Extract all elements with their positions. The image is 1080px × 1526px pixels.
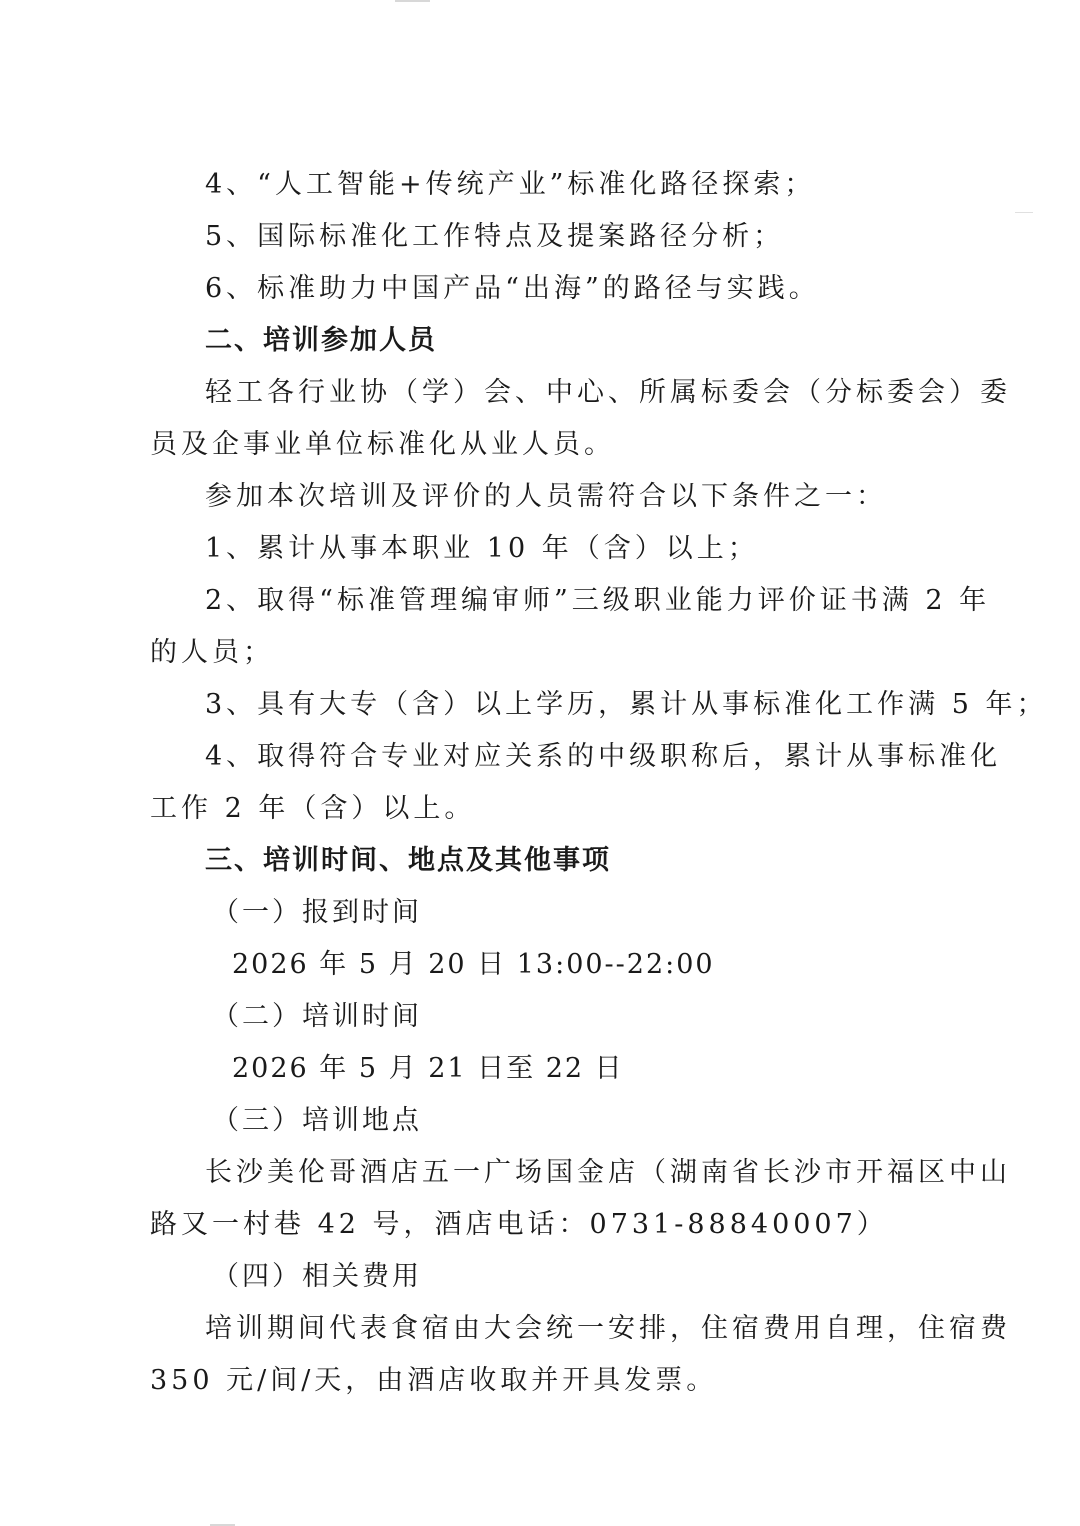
subsection-training-location: （三）培训地点 bbox=[212, 1104, 422, 1138]
document-page: 4、“人工智能+传统产业”标准化路径探索； 5、国际标准化工作特点及提案路径分析… bbox=[0, 0, 1080, 1526]
location-line-1: 长沙美伦哥酒店五一广场国金店（湖南省长沙市开福区中山 bbox=[205, 1156, 930, 1190]
subsection-training-time: （二）培训时间 bbox=[212, 1000, 422, 1034]
participants-line-1: 轻工各行业协（学）会、中心、所属标委会（分标委会）委 bbox=[205, 376, 930, 410]
topic-item-6: 6、标准助力中国产品“出海”的路径与实践。 bbox=[205, 272, 820, 306]
condition-1: 1、累计从事本职业 10 年（含）以上； bbox=[205, 532, 759, 566]
condition-4-line-1: 4、取得符合专业对应关系的中级职称后，累计从事标准化 bbox=[205, 740, 930, 774]
fees-line-2: 350 元/间/天，由酒店收取并开具发票。 bbox=[150, 1364, 717, 1398]
condition-2-line-2: 的人员； bbox=[150, 636, 274, 670]
fees-line-1: 培训期间代表食宿由大会统一安排，住宿费用自理，住宿费 bbox=[205, 1312, 930, 1346]
conditions-intro: 参加本次培训及评价的人员需符合以下条件之一： bbox=[205, 480, 887, 514]
subsection-registration-time: （一）报到时间 bbox=[212, 896, 422, 930]
condition-4-line-2: 工作 2 年（含）以上。 bbox=[150, 792, 475, 826]
topic-item-4: 4、“人工智能+传统产业”标准化路径探索； bbox=[205, 168, 815, 202]
registration-time-value: 2026 年 5 月 20 日 13:00--22:00 bbox=[232, 948, 715, 982]
section-2-heading: 二、培训参加人员 bbox=[205, 324, 437, 358]
condition-2-line-1: 2、取得“标准管理编审师”三级职业能力评价证书满 2 年 bbox=[205, 584, 930, 618]
location-line-2: 路又一村巷 42 号，酒店电话：0731-88840007） bbox=[150, 1208, 888, 1242]
condition-3: 3、具有大专（含）以上学历，累计从事标准化工作满 5 年； bbox=[205, 688, 1048, 722]
section-3-heading: 三、培训时间、地点及其他事项 bbox=[205, 844, 611, 878]
scan-mark bbox=[395, 0, 430, 2]
participants-line-2: 员及企事业单位标准化从业人员。 bbox=[150, 428, 615, 462]
topic-item-5: 5、国际标准化工作特点及提案路径分析； bbox=[205, 220, 784, 254]
training-time-value: 2026 年 5 月 21 日至 22 日 bbox=[232, 1052, 624, 1086]
scan-mark bbox=[1015, 212, 1033, 213]
subsection-related-fees: （四）相关费用 bbox=[212, 1260, 422, 1294]
